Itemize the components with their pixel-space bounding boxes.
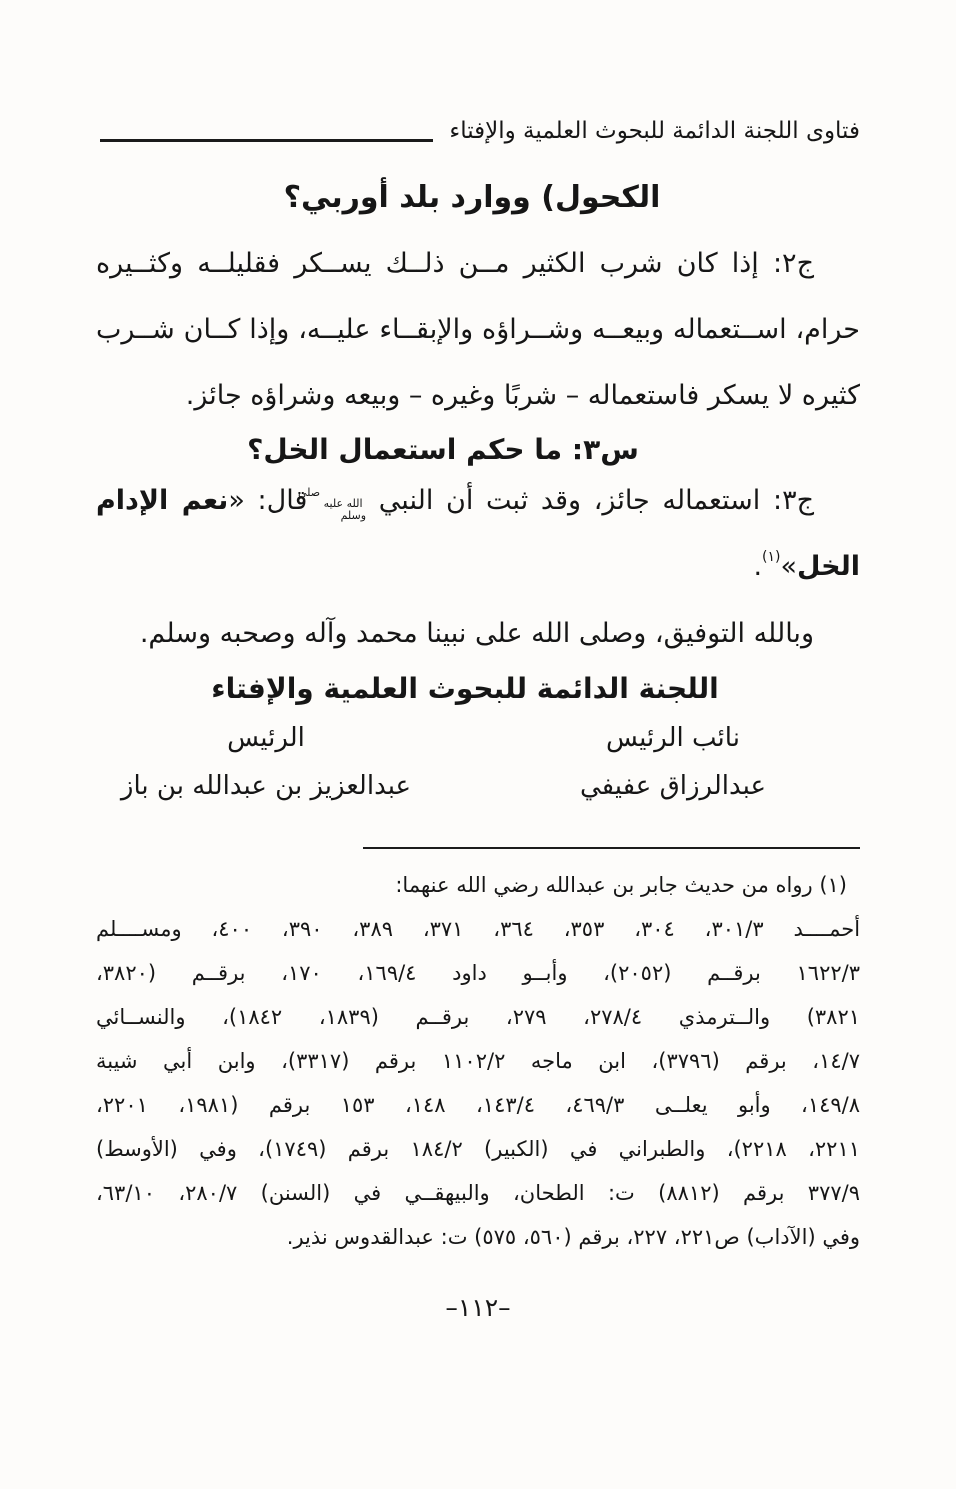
footnote-line: ٢٢١١، ٢٢١٨)، والطبراني في (الكبير) ١٨٤/٢… [96, 1127, 860, 1171]
book-page: فتاوى اللجنة الدائمة للبحوث العلمية والإ… [0, 0, 956, 1489]
quote-close-mark: » [781, 551, 798, 582]
page-number: –١١٢– [96, 1293, 860, 1322]
footnote-line: وفي (الآداب) ص٢٢١، ٢٢٧، برقم (٥٦٠، ٥٧٥) … [96, 1215, 860, 1259]
signature-deputy-role: نائب الرئيس [508, 723, 838, 753]
question-tail-line: الكحول) ووارد بلد أوربي؟ [96, 180, 848, 215]
signature-president-role: الرئيس [96, 723, 436, 753]
answer2-line-3: كثيره لا يسكر فاستعماله – شربًا وغيره – … [96, 363, 860, 429]
signatures-block: نائب الرئيس عبدالرزاق عفيفي الرئيس عبدال… [96, 723, 860, 801]
footnote-line: ٣٨٢١) والــترمذي ٢٧٨/٤، ٢٧٩، برقــم (١٨٣… [96, 995, 860, 1039]
hadith-text-part1: نعم الإدام [96, 485, 228, 516]
answer2-line-1: ج٢: إذا كان شرب الكثير مــن ذلــك يســكر… [96, 231, 860, 297]
sentence-period: . [753, 551, 762, 582]
question3-heading: س٣: ما حكم استعمال الخل؟ [96, 433, 790, 466]
footnote-block: (١) رواه من حديث جابر بن عبدالله رضي الل… [96, 863, 860, 1259]
hadith-text-part2: الخل [797, 551, 860, 582]
footnote-marker: (١) [762, 549, 780, 565]
running-header: فتاوى اللجنة الدائمة للبحوث العلمية والإ… [96, 118, 860, 144]
answer3-text-start: ج٣: استعماله جائز، وقد ثبت أن النبي [379, 485, 814, 516]
answer3-line-2: الخل»(١). [96, 534, 860, 600]
footnote-line: ٣٧٧/٩ برقم (٨٨١٢) ت: الطحان، والبيهقــي … [96, 1171, 860, 1215]
closing-dua: وبالله التوفيق، وصلى الله على نبينا محمد… [96, 612, 860, 656]
signature-president: الرئيس عبدالعزيز بن عبدالله بن باز [96, 723, 436, 801]
prophet-honorific-mark: صلى الله عليه وسلم [320, 487, 366, 522]
answer2-paragraph: ج٢: إذا كان شرب الكثير مــن ذلــك يســكر… [96, 231, 860, 429]
footnote-separator [363, 847, 860, 849]
answer3-qala: قال: « [228, 485, 307, 516]
committee-name: اللجنة الدائمة للبحوث العلمية والإفتاء [96, 672, 834, 705]
answer3-paragraph: ج٣: استعماله جائز، وقد ثبت أن النبي صلى … [96, 468, 860, 600]
header-rule [100, 139, 433, 142]
footnote-line: أحمــــد ٣٠١/٣، ٣٠٤، ٣٥٣، ٣٦٤، ٣٧١، ٣٨٩،… [96, 907, 860, 951]
answer2-line-2: حرام، اســتعماله وبيعــه وشــراؤه والإبق… [96, 297, 860, 363]
footnote-line: ١٤٩/٨، وأبو يعلــى ٤٦٩/٣، ١٤٣/٤، ١٤٨، ١٥… [96, 1083, 860, 1127]
answer3-line-1: ج٣: استعماله جائز، وقد ثبت أن النبي صلى … [96, 468, 860, 534]
footnote-line: (١) رواه من حديث جابر بن عبدالله رضي الل… [96, 863, 860, 907]
page-header-title: فتاوى اللجنة الدائمة للبحوث العلمية والإ… [449, 118, 860, 144]
signature-president-name: عبدالعزيز بن عبدالله بن باز [96, 771, 436, 801]
signature-deputy: نائب الرئيس عبدالرزاق عفيفي [508, 723, 838, 801]
footnote-line: ١٤/٧، برقم (٣٧٩٦)، ابن ماجه ١١٠٢/٢ برقم … [96, 1039, 860, 1083]
signature-deputy-name: عبدالرزاق عفيفي [508, 771, 838, 801]
footnote-line: ١٦٢٢/٣ برقــم (٢٠٥٢)، وأبــو داود ١٦٩/٤،… [96, 951, 860, 995]
